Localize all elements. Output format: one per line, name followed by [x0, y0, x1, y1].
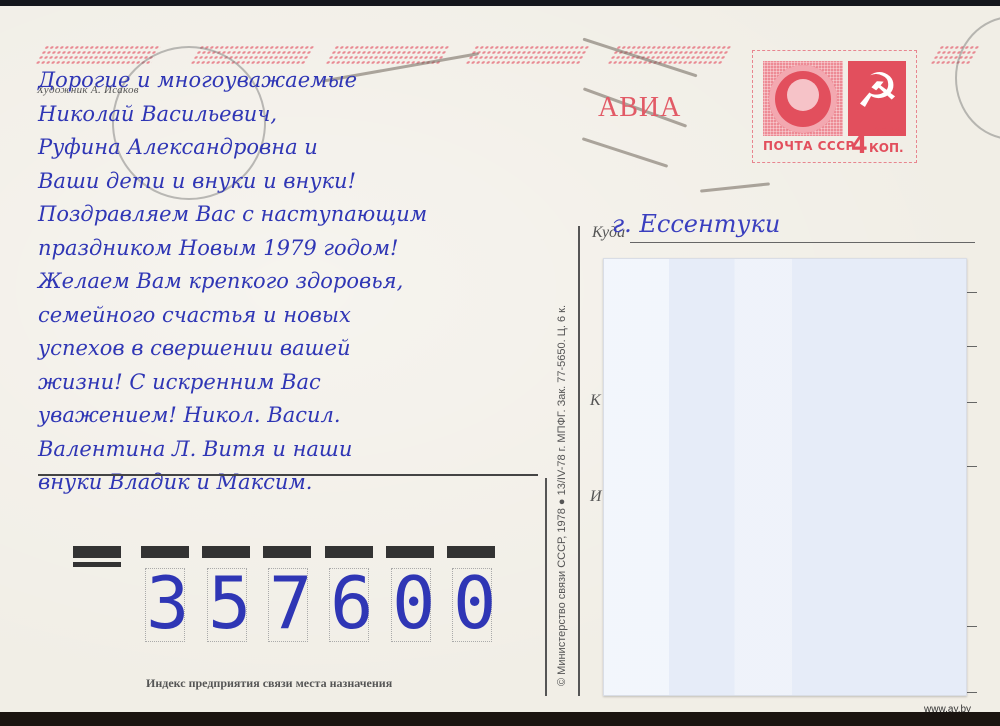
message-line: Руфина Александровна и: [38, 131, 578, 165]
message-line: праздником Новым 1979 годом!: [38, 232, 578, 266]
to-value: г. Ессентуки: [612, 210, 780, 238]
index-digit: 3: [146, 563, 184, 643]
hammer-sickle-icon: ☭: [848, 61, 906, 136]
message-line: жизни! С искренним Вас: [38, 366, 578, 400]
message-line: Ваши дети и внуки и внуки!: [38, 165, 578, 199]
index-digit: 0: [453, 563, 491, 643]
handwritten-message: Дорогие и многоуважаемыеНиколай Васильев…: [38, 64, 578, 500]
message-underline: [38, 474, 538, 476]
message-line: внуки Владик и Максим.: [38, 466, 578, 500]
index-digit-box: 6: [329, 568, 369, 642]
message-line: семейного счастья и новых: [38, 299, 578, 333]
whom-label: К: [590, 392, 601, 410]
address-divider: [578, 226, 580, 696]
stamp-value: 4: [851, 131, 868, 159]
postage-stamp: ☭ ПОЧТА СССР 1966 4 КОП.: [752, 50, 917, 163]
index-digit-box: 0: [452, 568, 492, 642]
index-digit-box: 7: [268, 568, 308, 642]
message-line: Николай Васильевич,: [38, 98, 578, 132]
stamp-year: 1966: [875, 127, 902, 137]
stamp-country: ПОЧТА СССР: [763, 139, 855, 153]
side-divider: [545, 478, 547, 696]
index-caption: Индекс предприятия связи места назначени…: [146, 676, 392, 691]
message-line: успехов в свершении вашей: [38, 332, 578, 366]
airmail-stripe: [606, 45, 733, 65]
index-digit: 0: [392, 563, 430, 643]
message-line: Дорогие и многоуважаемые: [38, 64, 578, 98]
airmail-label: АВИА: [598, 92, 681, 124]
stamp-unit: КОП.: [869, 141, 904, 155]
index-digit: 5: [208, 563, 246, 643]
postmark-wave: [582, 137, 669, 168]
to-line: [630, 242, 975, 243]
scan-bottom-edge: [0, 712, 1000, 726]
message-line: Желаем Вам крепкого здоровья,: [38, 265, 578, 299]
message-line: Поздравляем Вас с наступающим: [38, 198, 578, 232]
message-line: Валентина Л. Витя и наши: [38, 433, 578, 467]
index-digit: 7: [269, 563, 307, 643]
index-digit: 6: [330, 563, 368, 643]
postcard-back: Художник А. Исаков АВИА ☭ ПОЧТА СССР 196…: [0, 6, 1000, 715]
message-line: уважением! Никол. Васил.: [38, 399, 578, 433]
publisher-info: © Министерство связи СССР, 1978 ● 13/IV-…: [556, 305, 568, 686]
index-digit-box: 3: [145, 568, 185, 642]
privacy-sticker: [603, 258, 967, 696]
ussr-emblem-icon: [763, 61, 843, 136]
index-label: И: [590, 488, 602, 506]
index-digit-box: 0: [391, 568, 431, 642]
index-digit-box: 5: [207, 568, 247, 642]
postmark-wave: [700, 182, 770, 192]
airmail-stripe: [464, 45, 591, 65]
postmark-circle: [955, 16, 1000, 140]
